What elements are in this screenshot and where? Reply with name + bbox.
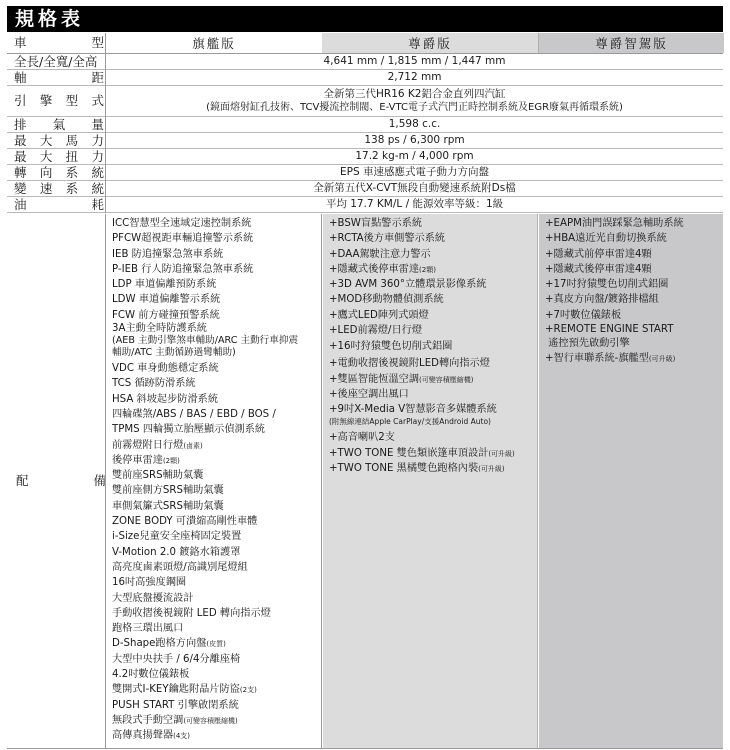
list-item: +3D AVM 360°立體環景影像系統 [329,277,537,292]
spec-label: 最大馬力 [14,133,104,148]
spec-label: 變速系統 [14,181,104,196]
list-item: ZONE BODY 可潰縮高剛性車體 [112,514,321,529]
list-item: 車側氣簾式SRS輔助氣囊 [112,499,321,514]
list-item: +真皮方向盤/鍍鉻排檔組 [545,292,723,307]
list-item: +16吋狩猿雙色切削式鋁圈 [329,338,537,356]
list-item: 4.2吋數位儀錶板 [112,667,321,682]
page-title: 規格表 [15,7,84,31]
list-item: FCW 前方碰撞預警系統 [112,308,321,323]
equipment-flagship-list: ICC智慧型全速域定速控制系統 PFCW超視距車輛追撞警示系統 IEB 防追撞緊… [106,214,322,748]
list-item: 輔助/ATC 主動循跡過彎輔助) [112,347,321,361]
list-item: 後停車雷達(2顆) [112,453,321,468]
list-item: +後座空調出風口 [329,387,537,402]
list-item: +隱藏式後停車雷達(2顆) [329,262,537,277]
list-item: ICC智慧型全速域定速控制系統 [112,216,321,231]
list-item: 跑格三環出風口 [112,621,321,636]
spec-value: 4,641 mm / 1,815 mm / 1,447 mm [106,54,723,69]
list-item: +鷹式LED陣列式頭燈 [329,308,537,323]
spec-row-dimensions: 全長/全寬/全高 4,641 mm / 1,815 mm / 1,447 mm [7,54,723,70]
list-item: 雙前座側方SRS輔助氣囊 [112,483,321,498]
list-item: 3A主動全時防護系統 [112,323,321,335]
spec-label: 最大扭力 [14,149,104,164]
list-item: +隱藏式前停車雷達4顆 [545,247,723,262]
list-item: 大型中央扶手 / 6/4分離座椅 [112,652,321,667]
spec-row-torque: 最大扭力 17.2 kg-m / 4,000 rpm [7,149,723,165]
list-item: +隱藏式後停車雷達4顆 [545,262,723,277]
list-item: 四輪碟煞/ABS / BAS / EBD / BOS / [112,407,321,422]
list-item: TCS 循跡防滑系統 [112,376,321,391]
list-item: D-Shape跑格方向盤(皮質) [112,636,321,651]
list-item: LDW 車道偏離警示系統 [112,292,321,307]
list-item: +EAPM油門誤踩緊急輔助系統 [545,216,723,231]
list-item: +MOD移動物體偵測系統 [329,292,537,307]
spec-label: 油耗 [14,197,104,212]
list-item: PUSH START 引擎啟閉系統 [112,698,321,713]
spec-label: 全長/全寬/全高 [14,54,104,69]
list-item: +HBA遠近光自動切換系統 [545,231,723,246]
list-item: 雙開式I-KEY鑰匙附晶片防盜(2支) [112,682,321,697]
list-item: +電動收摺後視鏡附LED轉向指示燈 [329,356,537,371]
list-item: 前霧燈附日行燈(鹵素) [112,438,321,453]
spec-value: 全新第三代HR16 K2鋁合金直列四汽缸 (鏡面熔射缸孔技術、TCV擾流控制閥、… [106,86,723,116]
list-item: +9吋X-Media V智慧影音多媒體系統 [329,402,537,416]
list-item: +LED前霧燈/日行燈 [329,323,537,338]
list-item: VDC 車身動態穩定系統 [112,361,321,376]
list-item: V-Motion 2.0 鍍鉻水箱護罩 [112,545,321,560]
trim-flagship-header: 旗艦版 [106,33,322,53]
header-label: 車 型 [14,33,104,53]
list-item: P-IEB 行人防追撞緊急煞車系統 [112,262,321,277]
list-item: +RCTA後方車側警示系統 [329,231,537,246]
list-item: 手動收摺後視鏡附 LED 轉向指示燈 [112,606,321,621]
spec-row-wheelbase: 軸距 2,712 mm [7,70,723,86]
list-item: 高傳真揚聲器(4支) [112,728,321,743]
list-item: 無段式手動空調(可變容積壓縮機) [112,713,321,728]
spec-row-transmission: 變速系統 全新第五代X-CVT無段自動變速系統附Ds檔 [7,181,723,197]
spec-value: 17.2 kg-m / 4,000 rpm [106,149,723,164]
spec-row-fuel-economy: 油耗 平均 17.7 KM/L / 能源效率等級：1級 [7,197,723,213]
list-item: +7吋數位儀錶板 [545,308,723,323]
list-item: 遙控預先啟動引擎 [545,336,723,351]
equipment-propilot-list: +EAPM油門誤踩緊急輔助系統 +HBA遠近光自動切換系統 +隱藏式前停車雷達4… [539,214,723,748]
list-item: 雙前座SRS輔助氣囊 [112,468,321,483]
spec-row-power: 最大馬力 138 ps / 6,300 rpm [7,133,723,149]
spec-label: 軸距 [14,70,104,85]
list-item: +TWO TONE 黑橘雙色跑格內裝(可升級) [329,461,537,476]
header-row: 車 型 旗艦版 尊爵版 尊爵智駕版 [7,33,723,54]
equipment-label: 配 備 [14,214,108,748]
list-item: +雙區智能恆溫空調(可變容積壓縮機) [329,372,537,387]
spec-value: 1,598 c.c. [106,117,723,132]
list-item: 16吋高強度鋼圈 [112,575,321,590]
list-item: +智行車聯系統-旗艦型(可升級) [545,351,723,366]
list-item: +BSW盲點警示系統 [329,216,537,231]
title-bar: 規格表 [7,6,723,32]
list-item: PFCW超視距車輛追撞警示系統 [112,231,321,246]
spec-value: 2,712 mm [106,70,723,85]
list-item: TPMS 四輪獨立胎壓顯示偵測系統 [112,422,321,437]
list-item: +REMOTE ENGINE START [545,323,723,336]
list-item: (AEB 主動引擎煞車輔助/ARC 主動行車抑震 [112,335,321,347]
list-item: 高亮度鹵素頭燈/高識別尾燈組 [112,560,321,575]
list-item: LDP 車道偏離預防系統 [112,277,321,292]
list-item: IEB 防追撞緊急煞車系統 [112,247,321,262]
spec-value: EPS 車速感應式電子動力方向盤 [106,165,723,180]
list-item: +高音喇叭2支 [329,430,537,445]
list-item: +TWO TONE 雙色類嵌篷車頂設計(可升級) [329,446,537,461]
list-item: 大型底盤擾流設計 [112,591,321,606]
spec-value: 全新第五代X-CVT無段自動變速系統附Ds檔 [106,181,723,196]
spec-row-engine: 引擎型式 全新第三代HR16 K2鋁合金直列四汽缸 (鏡面熔射缸孔技術、TCV擾… [7,86,723,117]
spec-value: 平均 17.7 KM/L / 能源效率等級：1級 [106,197,723,212]
equipment-premium-list: +BSW盲點警示系統 +RCTA後方車側警示系統 +DAA駕駛注意力警示 +隱藏… [323,214,538,748]
spec-row-steering: 轉向系統 EPS 車速感應式電子動力方向盤 [7,165,723,181]
spec-label: 轉向系統 [14,165,104,180]
list-item: HSA 斜坡起步防滑系統 [112,392,321,407]
trim-premium-header: 尊爵版 [322,33,538,53]
list-item: i-Size兒童安全座椅固定裝置 [112,529,321,544]
list-item: +17吋狩猿雙色切削式鋁圈 [545,277,723,292]
spec-label: 引擎型式 [14,86,104,116]
spec-value: 138 ps / 6,300 rpm [106,133,723,148]
equipment-row: 配 備 ICC智慧型全速域定速控制系統 PFCW超視距車輛追撞警示系統 IEB … [7,214,723,749]
list-item: (附無線連結Apple CarPlay/支援Android Auto) [329,416,537,430]
trim-propilot-header: 尊爵智駕版 [538,33,724,53]
spec-label: 排氣量 [14,117,104,132]
list-item: +DAA駕駛注意力警示 [329,247,537,262]
spec-row-displacement: 排氣量 1,598 c.c. [7,117,723,133]
